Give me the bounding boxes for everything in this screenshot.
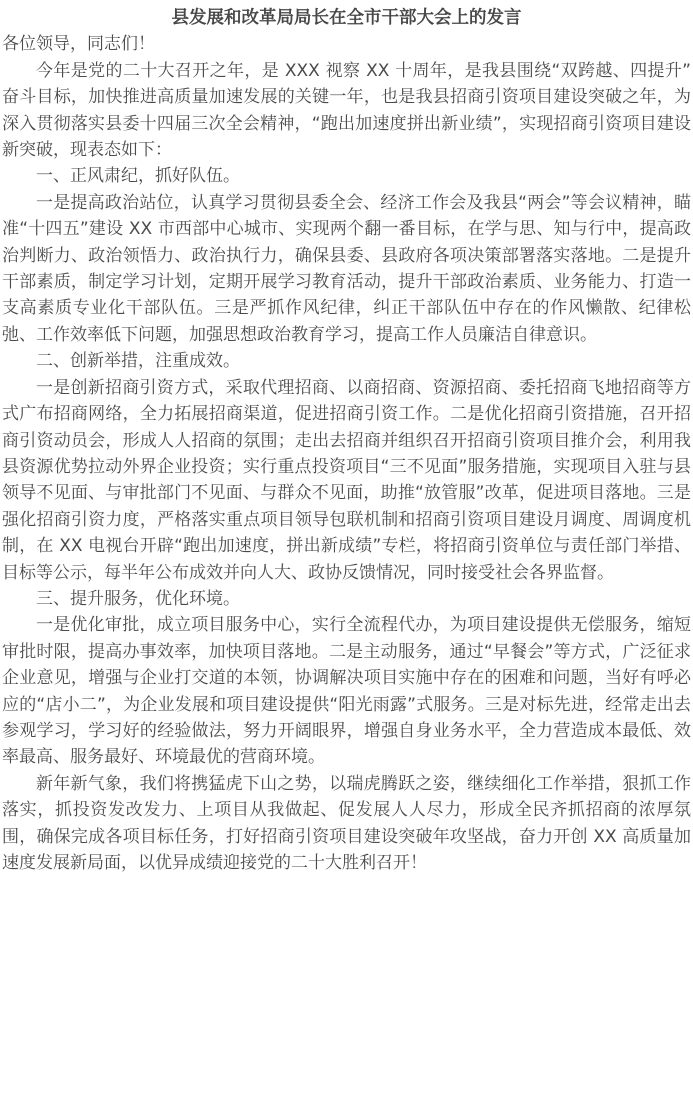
closing-paragraph: 新年新气象，我们将携猛虎下山之势，以瑞虎腾跃之姿，继续细化工作举措，狠抓工作落实…: [2, 771, 691, 877]
section-1-paragraph: 一是提高政治站位，认真学习贯彻县委全会、经济工作会及我县“两会”等会议精神，瞄准…: [2, 190, 691, 348]
document-title: 县发展和改革局局长在全市干部大会上的发言: [2, 5, 691, 31]
section-1-heading: 一、正风肃纪，抓好队伍。: [2, 163, 691, 189]
section-2-paragraph: 一是创新招商引资方式，采取代理招商、以商招商、资源招商、委托招商飞地招商等方式广…: [2, 375, 691, 586]
intro-paragraph: 今年是党的二十大召开之年，是 XXX 视察 XX 十周年，是我县围绕“双跨越、四…: [2, 58, 691, 164]
document-page: 县发展和改革局局长在全市干部大会上的发言 各位领导，同志们！ 今年是党的二十大召…: [0, 0, 693, 1097]
section-2-heading: 二、创新举措，注重成效。: [2, 348, 691, 374]
section-3-heading: 三、提升服务，优化环境。: [2, 586, 691, 612]
greeting-line: 各位领导，同志们！: [2, 31, 691, 57]
section-3-paragraph: 一是优化审批，成立项目服务中心，实行全流程代办，为项目建设提供无偿服务，缩短审批…: [2, 612, 691, 770]
